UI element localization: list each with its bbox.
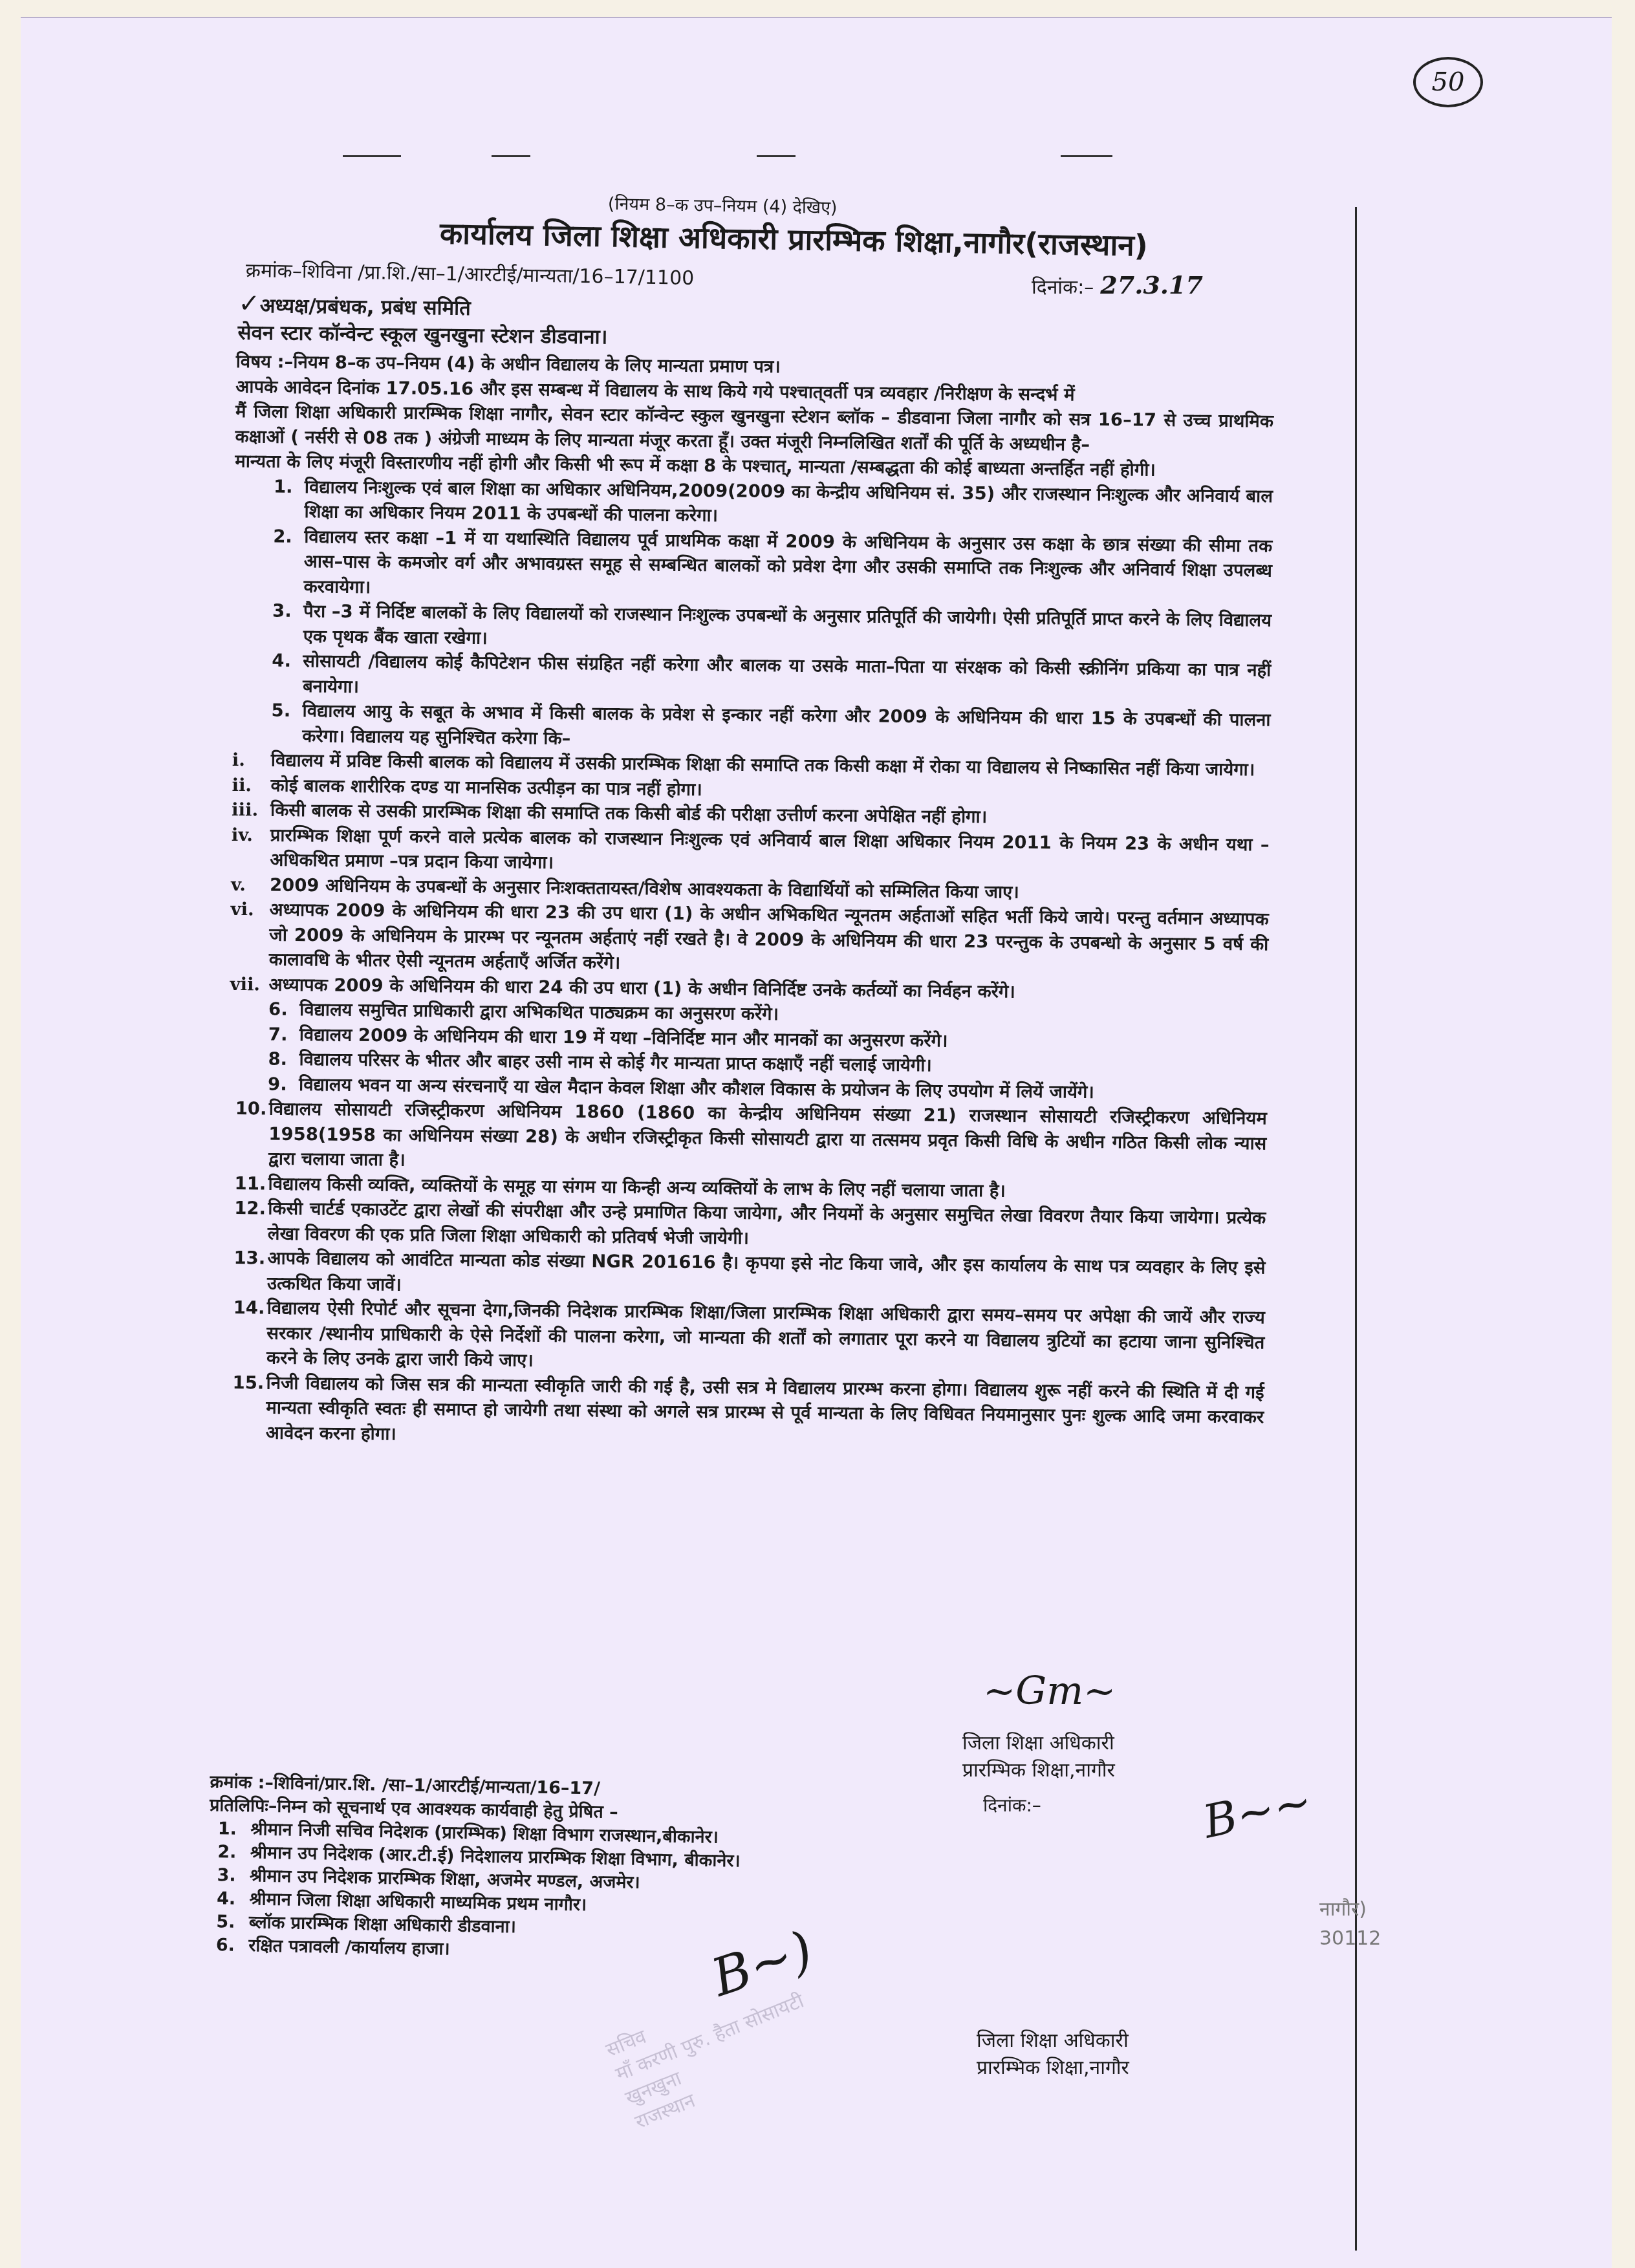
copy-signatory-designation: जिला शिक्षा अधिकारी (977, 2027, 1129, 2055)
addressee: ✓अध्यक्ष/प्रबंधक, प्रबंध समिति सेवन स्टा… (237, 290, 608, 351)
condition-number: 11. (234, 1171, 268, 1196)
condition-text: विद्यालय निःशुल्क एवं बाल शिक्षा का अधिक… (304, 475, 1273, 534)
copy-signatory-office: प्रारम्भिक शिक्षा,नागौर (977, 2055, 1129, 2082)
signature-block: जिला शिक्षा अधिकारी प्रारम्भिक शिक्षा,ना… (962, 1730, 1115, 1784)
condition-number: v. (231, 872, 270, 897)
addressee-line-1: अध्यक्ष/प्रबंधक, प्रबंध समिति (260, 294, 471, 320)
condition-number: 5. (271, 698, 303, 748)
addressee-line-2: सेवन स्टार कॉन्वेन्ट स्कूल खुनखुना स्टेश… (237, 319, 607, 351)
condition-number: 9. (268, 1072, 299, 1097)
condition-number: ii. (232, 772, 270, 797)
scan-artifact-line (1061, 155, 1112, 157)
copy-date-label: दिनांक:– (983, 1793, 1041, 1817)
condition-text: विद्यालय सोसायटी रजिस्ट्रीकरण अधिनियम 18… (268, 1097, 1267, 1181)
condition-number: iii. (232, 797, 270, 823)
issue-date: दिनांक:–27.3.17 (1032, 270, 1203, 299)
condition-text: सोसायटी /विद्यालय कोई कैपिटेशन फीस संग्र… (303, 649, 1272, 707)
condition-number: 7. (268, 1022, 299, 1047)
signatory-designation: जिला शिक्षा अधिकारी (962, 1730, 1115, 1757)
date-value: 27.3.17 (1100, 270, 1203, 299)
copy-distribution: क्रमांक :–शिविनां/प्रार.शि. /सा–1/आरटीई/… (207, 1771, 742, 1966)
condition-item: 15.निजी विद्यालय को जिस सत्र की मान्यता … (226, 1370, 1264, 1454)
conditions-list-a: 1.विद्यालय निःशुल्क एवं बाल शिक्षा का अध… (232, 473, 1273, 757)
officer-signature: ~Gm~ (983, 1669, 1116, 1714)
date-label: दिनांक:– (1032, 276, 1094, 299)
condition-number: 6. (268, 997, 299, 1022)
conditions-list-b: 6.विद्यालय समुचित प्राधिकारी द्वारा अभिक… (229, 997, 1268, 1106)
condition-text: विद्यालय स्तर कक्षा –1 में या यथास्थिति … (303, 524, 1272, 609)
condition-number: i. (232, 748, 271, 773)
condition-number: 14. (233, 1295, 267, 1370)
condition-text: अध्यापक 2009 के अधिनियम की धारा 23 की उप… (269, 898, 1269, 982)
scan-artifact-line (757, 155, 796, 157)
tick-mark-icon: ✓ (238, 289, 260, 319)
condition-number: 10. (235, 1096, 269, 1171)
rule-reference: (नियम 8–क उप–नियम (4) देखिए) (608, 191, 838, 219)
scan-artifact-line (343, 155, 401, 157)
condition-text: पैरा –3 में निर्दिष्ट बालकों के लिए विद्… (303, 599, 1272, 658)
condition-text: विद्यालय ऐसी रिपोर्ट और सूचना देगा,जिनकी… (266, 1296, 1265, 1380)
conditions-list-roman: i.विद्यालय में प्रविष्ट किसी बालक को विद… (230, 748, 1270, 1006)
condition-number: vii. (230, 971, 268, 997)
condition-number: 12. (234, 1196, 268, 1246)
condition-text: निजी विद्यालय को जिस सत्र की मान्यता स्व… (266, 1370, 1264, 1454)
signatory-office: प्रारम्भिक शिक्षा,नागौर (962, 1757, 1115, 1784)
condition-text: विद्यालय आयु के सबूत के अभाव में किसी बा… (302, 698, 1271, 757)
condition-number: 3. (272, 599, 304, 649)
condition-text: आपके विद्यालय को आवंटित मान्यता कोड संख्… (267, 1246, 1266, 1306)
condition-number: 15. (232, 1370, 266, 1445)
condition-item: 10.विद्यालय सोसायटी रजिस्ट्रीकरण अधिनियम… (228, 1096, 1267, 1181)
condition-number: vi. (230, 897, 270, 972)
office-stamp-fragment: नागौर) 30112 (1319, 1895, 1381, 1953)
condition-text: किसी चार्टर्ड एकाउटेंट द्वारा लेखों की स… (268, 1196, 1266, 1256)
condition-item: vi.अध्यापक 2009 के अधिनियम की धारा 23 की… (230, 897, 1269, 982)
condition-number: 2. (272, 524, 304, 599)
condition-number: 13. (233, 1246, 268, 1295)
condition-number: 8. (268, 1047, 299, 1072)
page-number-mark: 50 (1413, 57, 1483, 107)
stamp-line: नागौर) (1319, 1895, 1381, 1924)
scan-artifact-line (492, 155, 530, 157)
condition-number: iv. (231, 822, 270, 872)
condition-number: 1. (273, 474, 305, 524)
recipient-list: श्रीमान निजी सचिव निदेशक (प्रारम्भिक) शि… (207, 1817, 741, 1966)
condition-item: 14.विद्यालय ऐसी रिपोर्ट और सूचना देगा,जि… (226, 1295, 1265, 1380)
copy-signature-block: जिला शिक्षा अधिकारी प्रारम्भिक शिक्षा,ना… (977, 2027, 1129, 2082)
letter-body: विषय :–नियम 8–क उप–नियम (4) के अधीन विद्… (226, 349, 1274, 1454)
condition-number: 4. (272, 649, 303, 698)
condition-text: प्रारम्भिक शिक्षा पूर्ण करने वाले प्रत्य… (270, 823, 1270, 882)
conditions-list-c: 10.विद्यालय सोसायटी रजिस्ट्रीकरण अधिनियम… (226, 1096, 1267, 1454)
condition-item: 2.विद्यालय स्तर कक्षा –1 में या यथास्थित… (233, 523, 1272, 608)
stamp-number: 30112 (1319, 1924, 1381, 1953)
